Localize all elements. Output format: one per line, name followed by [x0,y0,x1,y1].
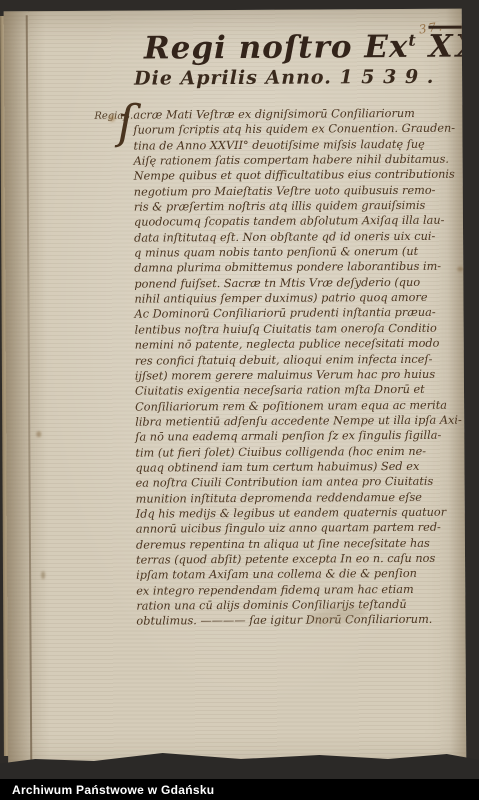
manuscript-line: ſuorum ſcriptis atq his quidem ex Conuen… [133,121,466,138]
archive-name: Archiwum Państwowe w Gdańsku [12,783,214,797]
manuscript-line: obtulimus. ———— ſae igitur Dnorū Conſili… [136,612,466,629]
manuscript-line: Ciuitatis exigentia neceſsaria ration mſ… [135,382,466,399]
archive-scan-viewer: 37. Regi noſtro Ext XXVI. Die Aprilis An… [0,0,479,800]
manuscript-line: ea noſtra Ciuili Contribution iam antea … [136,474,467,491]
manuscript-line: ſa nō una eademq armali penſion ſz ex ſi… [135,428,466,445]
paper-stain [36,431,41,437]
manuscript-line: nemini nō patente, neglecta publice nece… [135,336,467,353]
title-roman-numeral: XXVI [428,28,466,65]
document-title: Regi noſtro Ext XXVI. [144,28,467,66]
paper-stain [108,115,115,122]
manuscript-line: annorū uicibus ſingulo uiz anno quartam … [136,520,467,537]
decorative-initial: ſ [117,99,134,145]
manuscript-page: 37. Regi noſtro Ext XXVI. Die Aprilis An… [4,9,467,774]
manuscript-line: damna plurima obmittemus pondere laboran… [134,259,466,276]
paper-stain [41,571,45,579]
manuscript-line: res confici ſtatuiq debuit, alioqui enim… [135,351,467,368]
manuscript-line: Nempe quibus et quot difficultatibus eiu… [134,167,467,184]
paper-stain [457,267,463,272]
title-main: Regi noſtro Ex [144,29,409,67]
manuscript-line: Ac Dominorū Conſiliariorū prudenti inſta… [134,305,466,322]
title-superscript: t [408,31,417,50]
manuscript-line: quodocumq ſcopatis tandem abſolutum Axiſ… [134,213,466,230]
archive-caption-bar: Archiwum Państwowe w Gdańsku [0,779,479,800]
binding-crease [26,15,33,767]
manuscript-line: ipſam totam Axiſam una collema & die & p… [136,566,466,583]
document-date-line: Die Aprilis Anno. 1 5 3 9 . [134,66,434,90]
manuscript-body-text: acræ Mati Veſtræ ex digniſsimorū Conſili… [133,106,466,630]
